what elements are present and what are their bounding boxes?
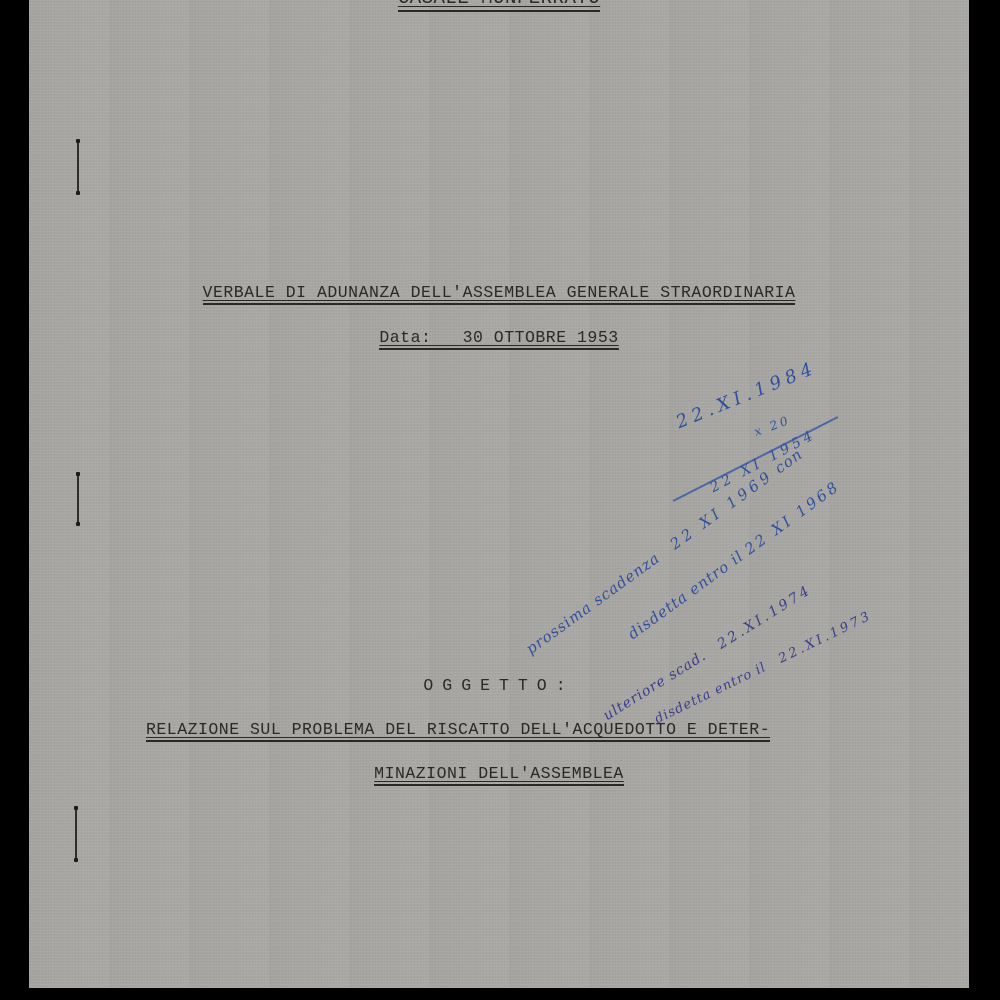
binding-mark-middle [77, 472, 79, 526]
subject-line-1: RELAZIONE SUL PROBLEMA DEL RISCATTO DELL… [146, 720, 770, 740]
date-underlined: Data: 30 OTTOBRE 1953 [379, 328, 618, 350]
binding-mark-top [77, 139, 79, 195]
handwritten-date-1: 22.XI.1984 [673, 357, 820, 433]
document-title: VERBALE DI ADUNANZA DELL'ASSEMBLEA GENER… [29, 283, 969, 303]
note-1-label: prossima scadenza [522, 549, 663, 658]
subject-line-2-text: MINAZIONI DELL'ASSEMBLEA [374, 764, 624, 786]
date-value: 30 OTTOBRE 1953 [463, 328, 619, 347]
handwritten-date-1-sub: x 20 [752, 413, 792, 439]
note-4-date: 22.XI.1973 [776, 608, 875, 666]
date-label: Data: [379, 328, 431, 347]
title-text: VERBALE DI ADUNANZA DELL'ASSEMBLEA GENER… [203, 283, 796, 305]
subject-line-2: MINAZIONI DELL'ASSEMBLEA [29, 764, 969, 784]
binding-mark-bottom [75, 806, 77, 862]
header-text: CASALE MONFERRATO [398, 0, 600, 12]
document-page: CASALE MONFERRATO VERBALE DI ADUNANZA DE… [29, 0, 969, 988]
subject-line-1-text: RELAZIONE SUL PROBLEMA DEL RISCATTO DELL… [146, 720, 770, 742]
document-date: Data: 30 OTTOBRE 1953 [29, 328, 969, 348]
subject-label: OGGETTO: [29, 676, 969, 696]
document-header: CASALE MONFERRATO [29, 0, 969, 8]
